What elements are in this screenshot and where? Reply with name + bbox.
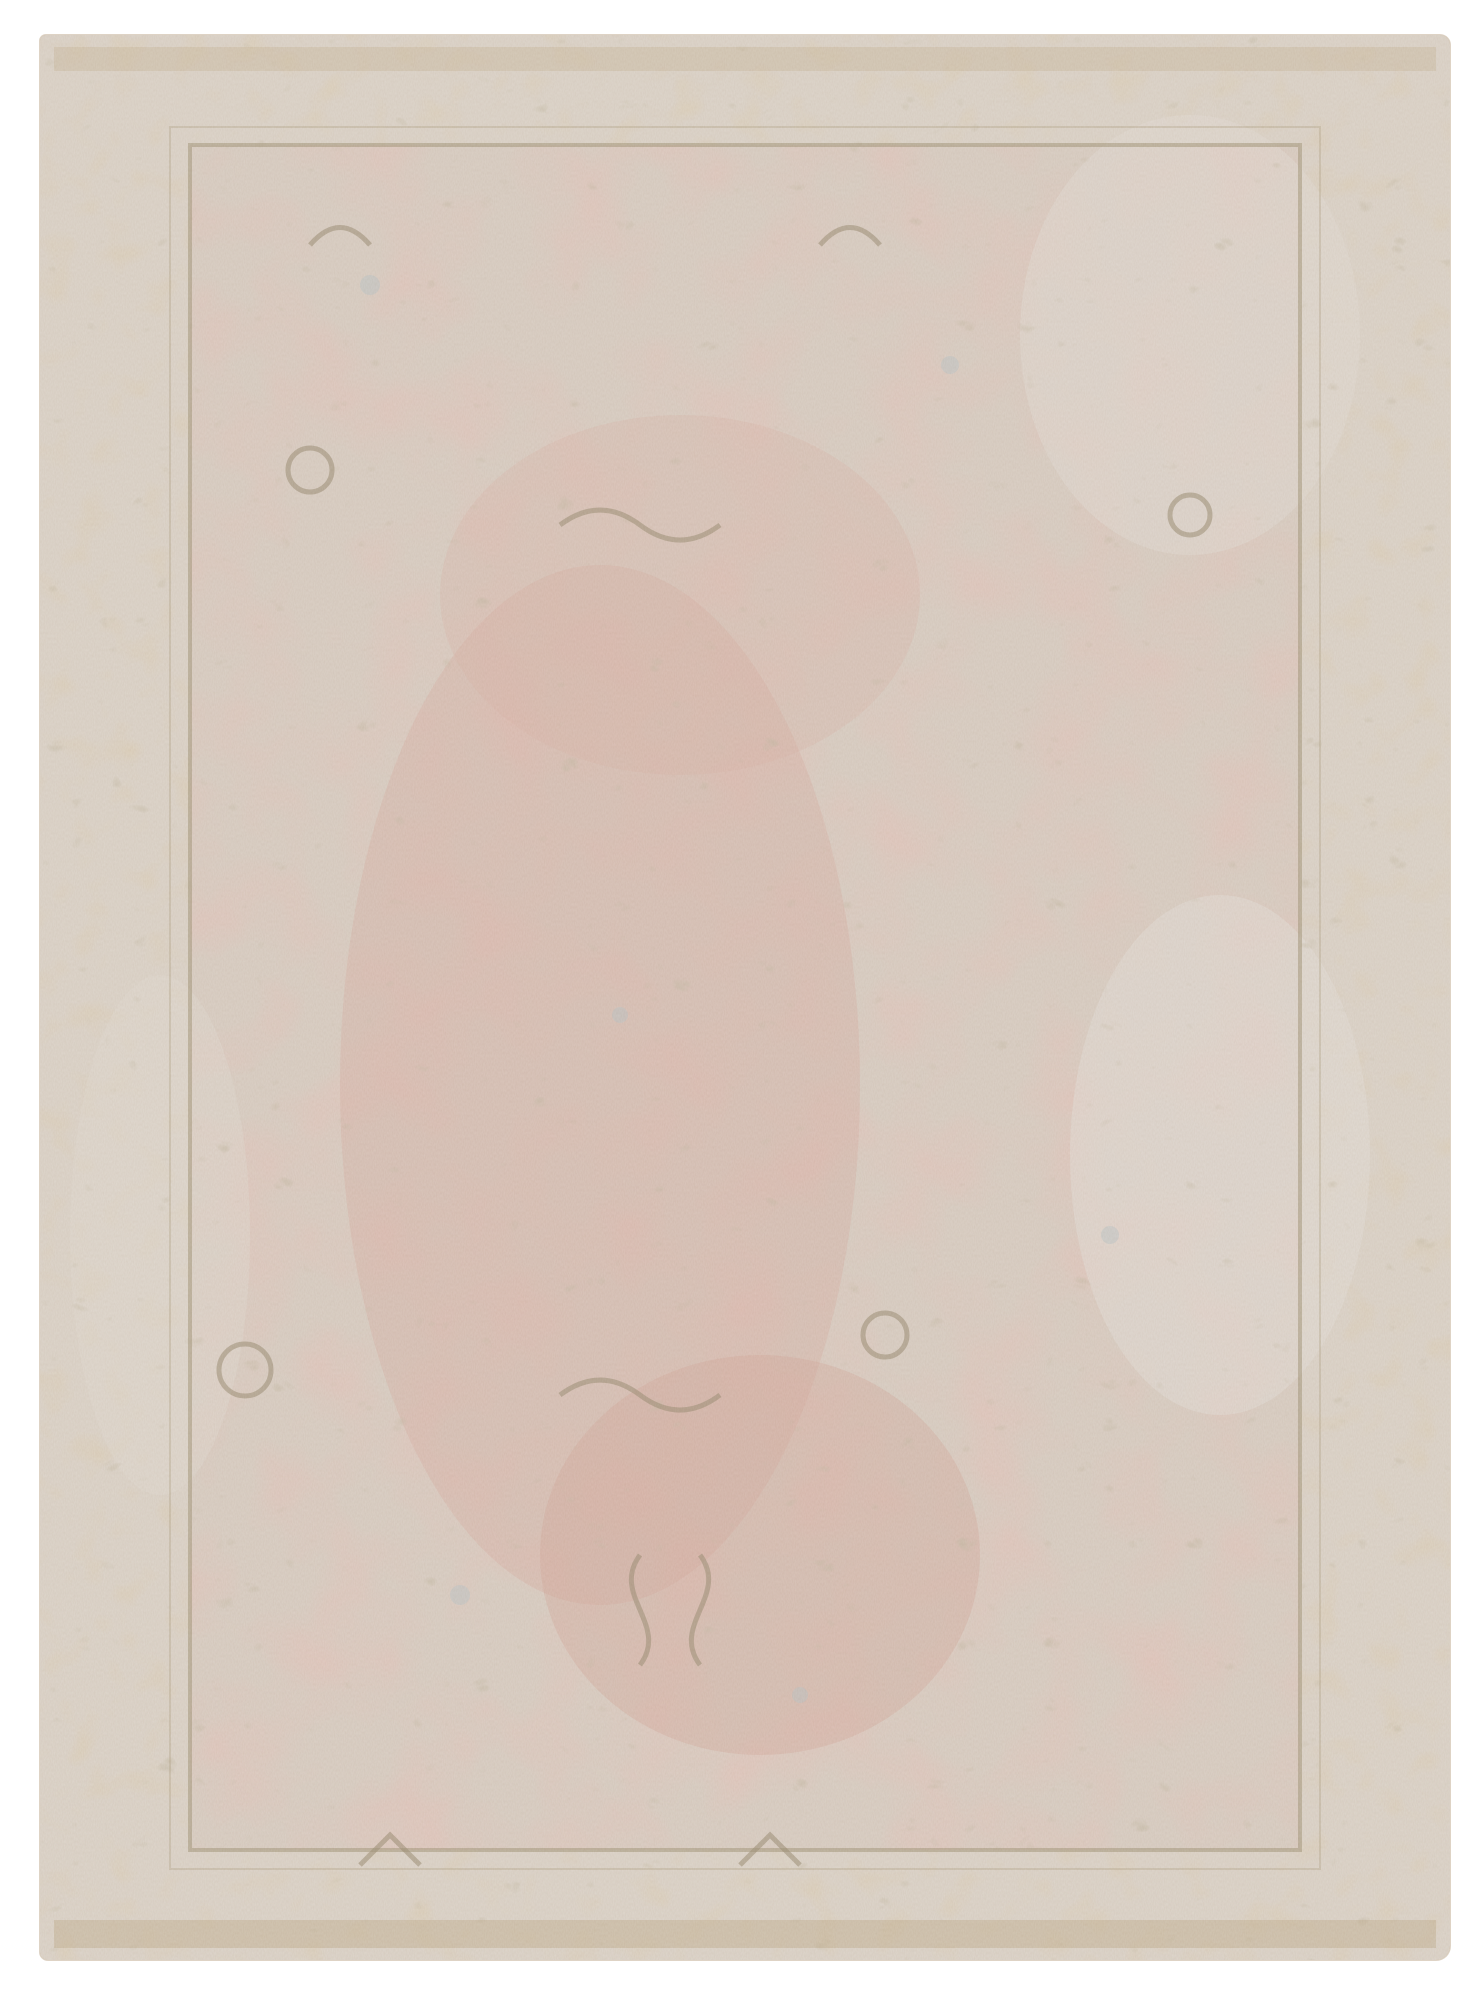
rug-pattern — [40, 35, 1450, 1960]
photo-background — [0, 0, 1475, 2000]
rug — [40, 35, 1450, 1960]
